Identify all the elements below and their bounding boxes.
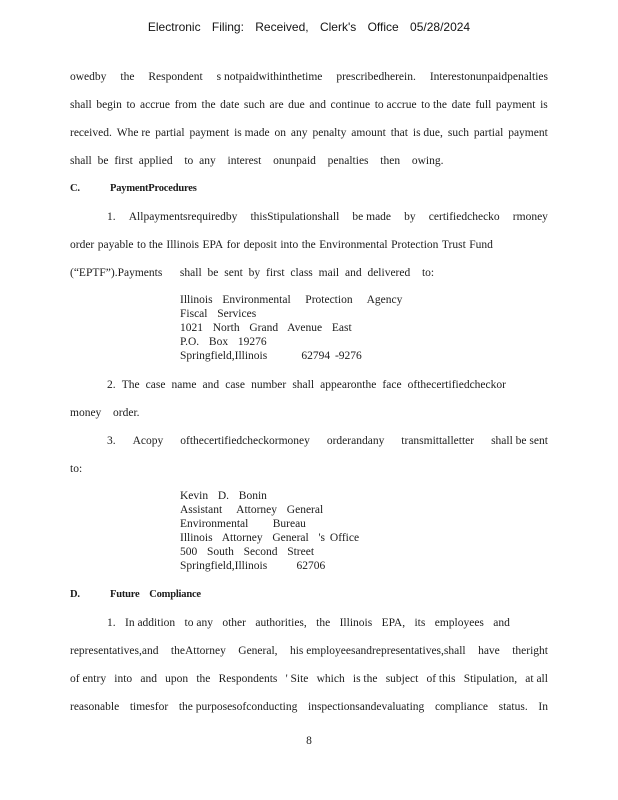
word: the purposesofconducting	[179, 693, 298, 721]
word: EPA	[203, 231, 224, 259]
word: Acopy	[133, 427, 164, 455]
address-line: Kevin D. Bonin	[70, 489, 548, 503]
word: into	[280, 231, 298, 259]
address-line: Assistant Attorney General	[70, 503, 548, 517]
text-line: owedbytheRespondents notpaidwithinthetim…	[70, 63, 548, 91]
word: inspectionsandevaluating	[308, 693, 424, 721]
word: 3.	[107, 427, 116, 455]
address-line: Illinois Environmental Protection Agency	[70, 293, 548, 307]
word: shall	[70, 91, 92, 119]
word: In	[538, 693, 548, 721]
word: EPA,	[382, 609, 406, 637]
word: other	[222, 609, 246, 637]
text-line: shall be first applied to any interest o…	[70, 147, 548, 175]
section-heading: D.Future Compliance	[70, 581, 548, 609]
word: thisStipulationshall	[250, 203, 339, 231]
word: of this	[426, 665, 455, 693]
word: of entry	[70, 665, 106, 693]
word: is made	[234, 119, 269, 147]
word: from	[175, 91, 197, 119]
word: Trust	[442, 231, 466, 259]
text-line: 1.In additionto anyotherauthorities,theI…	[70, 609, 548, 637]
word: ofthecertifiedcheckormoney	[180, 427, 310, 455]
word: transmittalletter	[401, 427, 474, 455]
word: s notpaidwithinthetime	[217, 63, 323, 91]
address-line: Illinois Attorney General 's Office	[70, 531, 548, 545]
word: his employeesandrepresentatives,shall	[290, 637, 466, 665]
word: such	[244, 91, 265, 119]
word: status.	[499, 693, 528, 721]
word: Stipulation,	[464, 665, 517, 693]
word: authorities,	[255, 609, 306, 637]
word: the	[202, 91, 216, 119]
word: the	[316, 609, 330, 637]
address-line: Environmental Bureau	[70, 517, 548, 531]
word: Respondent	[148, 63, 202, 91]
word: received.	[70, 119, 112, 147]
word: into	[114, 665, 132, 693]
section-letter: D.	[70, 581, 110, 609]
word: by	[404, 203, 416, 231]
word: is due,	[413, 119, 443, 147]
word: payable	[98, 231, 134, 259]
word: continue	[331, 91, 371, 119]
word: at all	[525, 665, 548, 693]
word: number	[251, 371, 286, 399]
word: Illinois	[166, 231, 199, 259]
word: Whe re	[117, 119, 151, 147]
word: any	[291, 119, 308, 147]
word: for	[227, 231, 240, 259]
word: deposit	[244, 231, 277, 259]
text-line: reasonabletimesforthe purposesofconducti…	[70, 693, 548, 721]
text-line: 3.Acopyofthecertifiedcheckormoneyorderan…	[70, 427, 548, 455]
word: payment	[508, 119, 548, 147]
word: due	[288, 91, 305, 119]
word: is	[540, 91, 548, 119]
word: appearonthe	[320, 371, 376, 399]
section-title: PaymentProcedures	[110, 183, 197, 194]
word: to the	[421, 91, 447, 119]
word: payment	[496, 91, 536, 119]
section-title: Future Compliance	[110, 589, 201, 600]
word: such	[448, 119, 469, 147]
word: Illinois	[340, 609, 373, 637]
section-letter: C.	[70, 175, 110, 203]
word: on	[274, 119, 286, 147]
word: the	[196, 665, 210, 693]
word: Fund	[469, 231, 493, 259]
word: the	[120, 63, 134, 91]
word: subject	[386, 665, 419, 693]
address-line: Fiscal Services	[70, 307, 548, 321]
word: ' Site	[286, 665, 309, 693]
text-line: representatives,andtheAttorneyGeneral,hi…	[70, 637, 548, 665]
word: upon	[165, 665, 188, 693]
document-page: Electronic Filing: Received, Clerk's Off…	[0, 0, 618, 800]
word: begin	[96, 91, 122, 119]
word: and	[203, 371, 220, 399]
word: penalty	[312, 119, 346, 147]
word: timesfor	[130, 693, 168, 721]
section-heading: C.PaymentProcedures	[70, 175, 548, 203]
word: case	[225, 371, 245, 399]
word: representatives,and	[70, 637, 158, 665]
word: owedby	[70, 63, 106, 91]
word: orderandany	[327, 427, 384, 455]
word: theAttorney	[171, 637, 226, 665]
document-body: owedbytheRespondents notpaidwithinthetim…	[70, 63, 548, 755]
word: rmoney	[513, 203, 548, 231]
word: shall	[292, 371, 314, 399]
address-line: Springfield,Illinois 62794 -9276	[70, 349, 548, 363]
word: name	[172, 371, 197, 399]
text-line: orderpayableto theIllinoisEPAfordepositi…	[70, 231, 548, 259]
word: Allpaymentsrequiredby	[129, 203, 238, 231]
word: employees	[435, 609, 484, 637]
word: and	[140, 665, 157, 693]
address-line: Springfield,Illinois 62706	[70, 559, 548, 573]
word: ofthecertifiedcheckor	[408, 371, 506, 399]
text-line: of entryintoandupontheRespondents' Sitew…	[70, 665, 548, 693]
word: which	[317, 665, 345, 693]
word: In addition	[125, 609, 175, 637]
word: order	[70, 231, 94, 259]
page-number: 8	[70, 727, 548, 755]
word: are	[270, 91, 284, 119]
word: partial	[155, 119, 184, 147]
word: be made	[352, 203, 391, 231]
word: 2.	[107, 371, 116, 399]
word: prescribedherein.	[336, 63, 416, 91]
word: its	[414, 609, 425, 637]
text-line: to:	[70, 455, 548, 483]
text-line: money order.	[70, 399, 548, 427]
word: case	[146, 371, 166, 399]
word: is the	[353, 665, 378, 693]
text-line: (“EPTF”).Payments shall be sent by first…	[70, 259, 548, 287]
word: and	[493, 609, 510, 637]
word: Environmental	[319, 231, 387, 259]
word: payment	[190, 119, 230, 147]
word: to any	[185, 609, 213, 637]
text-line: 2.Thecasenameandcasenumbershallappearont…	[70, 371, 548, 399]
word: the	[302, 231, 316, 259]
word: and	[309, 91, 326, 119]
word: full	[475, 91, 491, 119]
word: 1.	[107, 609, 116, 637]
address-line: 500 South Second Street	[70, 545, 548, 559]
word: to	[126, 91, 135, 119]
word: amount	[351, 119, 386, 147]
word: Interestonunpaidpenalties	[430, 63, 548, 91]
word: to accrue	[375, 91, 417, 119]
word: accrue	[140, 91, 170, 119]
word: General,	[238, 637, 277, 665]
address-line: 1021 North Grand Avenue East	[70, 321, 548, 335]
word: date	[452, 91, 471, 119]
word: that	[391, 119, 408, 147]
word: to the	[137, 231, 163, 259]
word: shall be sent	[491, 427, 548, 455]
word: date	[220, 91, 239, 119]
word: compliance	[435, 693, 488, 721]
word: reasonable	[70, 693, 119, 721]
word: 1.	[107, 203, 116, 231]
address-line: P.O. Box 19276	[70, 335, 548, 349]
word: Protection	[391, 231, 438, 259]
word: partial	[474, 119, 503, 147]
efiling-header: Electronic Filing: Received, Clerk's Off…	[0, 20, 618, 34]
text-line: 1.AllpaymentsrequiredbythisStipulationsh…	[70, 203, 548, 231]
text-line: received.Whe repartialpaymentis madeonan…	[70, 119, 548, 147]
text-line: shallbegintoaccruefromthedatesuchareduea…	[70, 91, 548, 119]
word: theright	[512, 637, 548, 665]
word: Respondents	[219, 665, 278, 693]
word: face	[382, 371, 401, 399]
word: have	[478, 637, 500, 665]
word: The	[122, 371, 140, 399]
word: certifiedchecko	[429, 203, 500, 231]
